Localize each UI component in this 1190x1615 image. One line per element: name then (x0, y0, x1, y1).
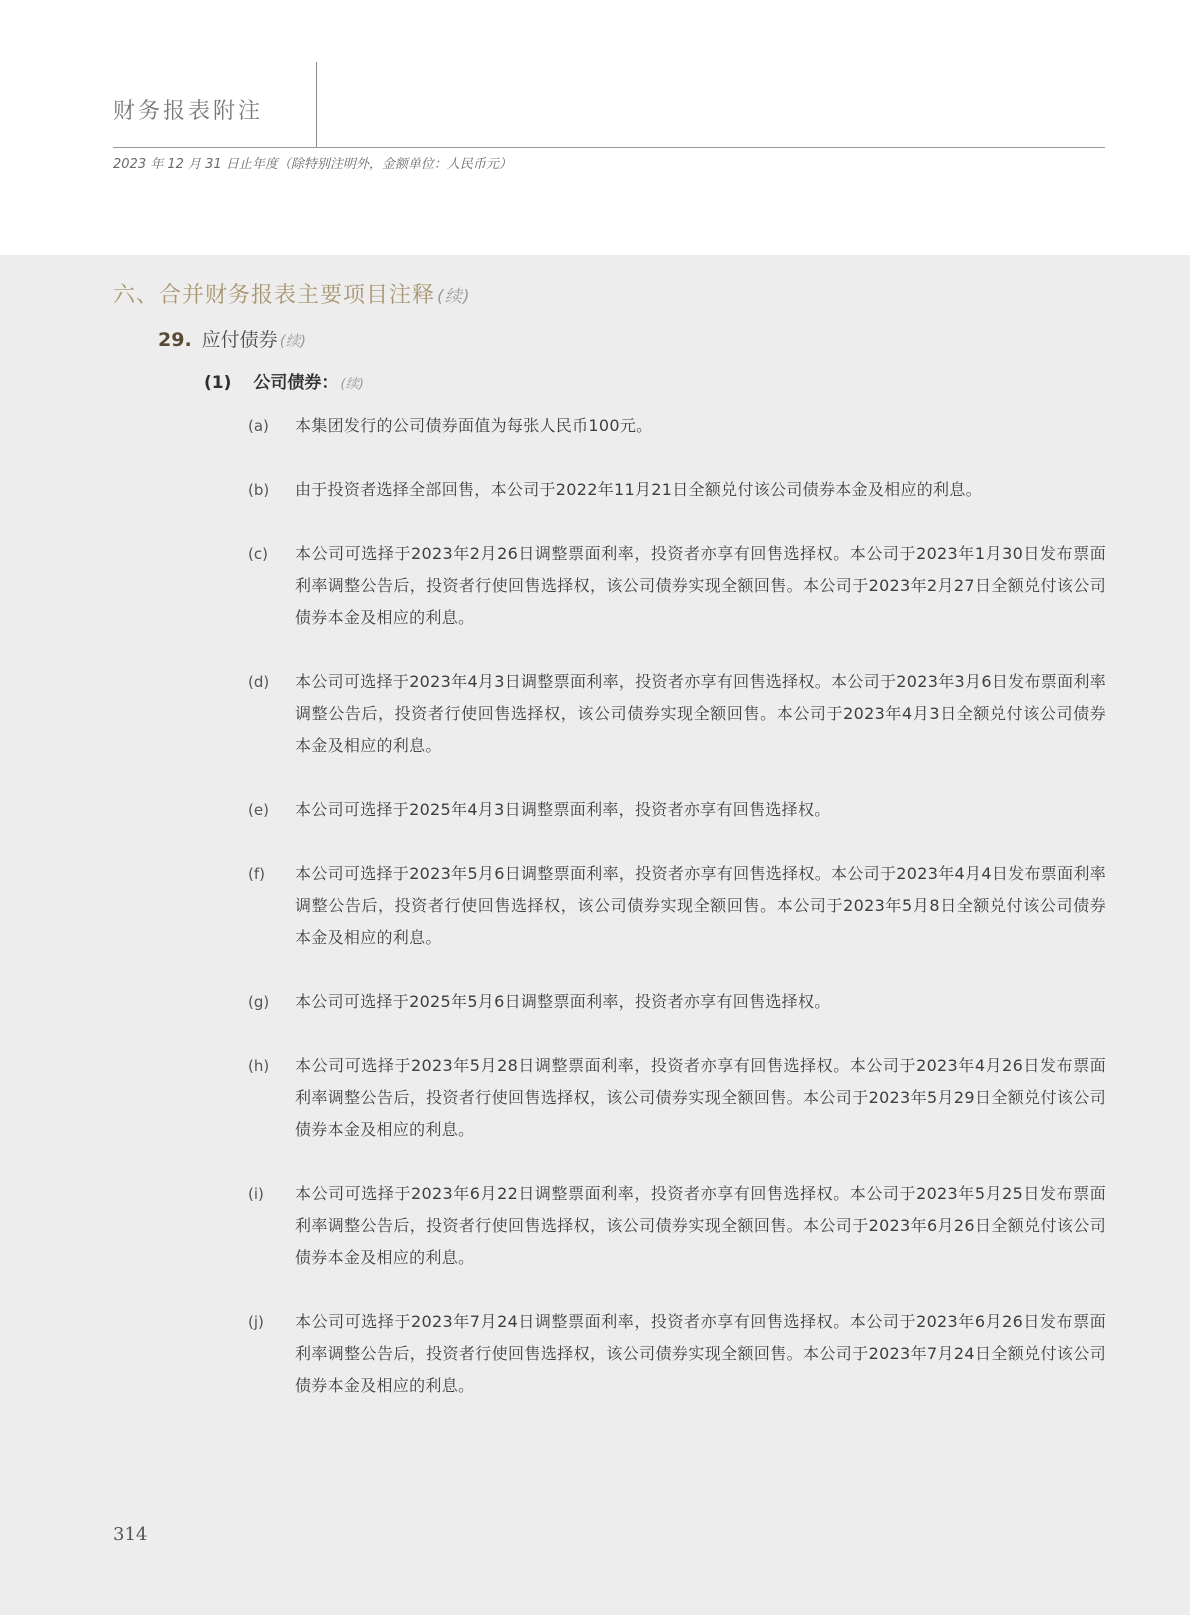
list-item: (a) 本集团发行的公司债券面值为每张人民币100元。 (248, 410, 1106, 442)
item-label: (d) (248, 666, 295, 762)
item-label: (a) (248, 410, 295, 442)
item-label: (f) (248, 858, 295, 954)
list-item: (c) 本公司可选择于2023年2月26日调整票面利率，投资者亦享有回售选择权。… (248, 538, 1106, 634)
note-number: 29. (158, 329, 192, 351)
list-item: (b) 由于投资者选择全部回售，本公司于2022年11月21日全额兑付该公司债券… (248, 474, 1106, 506)
note-items-list: (a) 本集团发行的公司债券面值为每张人民币100元。 (b) 由于投资者选择全… (248, 410, 1106, 1434)
item-label: (j) (248, 1306, 295, 1402)
page-header-band (0, 0, 1190, 255)
header-vertical-divider (316, 62, 317, 147)
list-item: (f) 本公司可选择于2023年5月6日调整票面利率，投资者亦享有回售选择权。本… (248, 858, 1106, 954)
page-number: 314 (113, 1524, 147, 1545)
item-label: (b) (248, 474, 295, 506)
item-text: 本公司可选择于2023年5月6日调整票面利率，投资者亦享有回售选择权。本公司于2… (295, 858, 1106, 954)
subsection-title: 公司债券： (253, 373, 338, 393)
item-text: 本公司可选择于2025年5月6日调整票面利率，投资者亦享有回售选择权。 (295, 986, 1106, 1018)
list-item: (i) 本公司可选择于2023年6月22日调整票面利率，投资者亦享有回售选择权。… (248, 1178, 1106, 1274)
section-heading-text: 六、合并财务报表主要项目注释 (113, 283, 435, 308)
list-item: (d) 本公司可选择于2023年4月3日调整票面利率，投资者亦享有回售选择权。本… (248, 666, 1106, 762)
continued-label: (续) (340, 377, 364, 392)
item-text: 本公司可选择于2023年4月3日调整票面利率，投资者亦享有回售选择权。本公司于2… (295, 666, 1106, 762)
document-title: 财务报表附注 (113, 94, 263, 125)
continued-label: (续) (280, 333, 306, 350)
item-text: 本公司可选择于2023年6月22日调整票面利率，投资者亦享有回售选择权。本公司于… (295, 1178, 1106, 1274)
subsection-heading: (1)公司债券：(续) (204, 368, 364, 393)
section-heading: 六、合并财务报表主要项目注释(续) (113, 278, 471, 309)
note-title: 应付债券 (202, 329, 278, 351)
item-text: 本公司可选择于2023年7月24日调整票面利率，投资者亦享有回售选择权。本公司于… (295, 1306, 1106, 1402)
list-item: (g) 本公司可选择于2025年5月6日调整票面利率，投资者亦享有回售选择权。 (248, 986, 1106, 1018)
item-label: (g) (248, 986, 295, 1018)
note-heading: 29.应付债券(续) (158, 325, 306, 352)
item-label: (c) (248, 538, 295, 634)
document-subtitle: 2023 年 12 月 31 日止年度（除特别注明外，金额单位：人民币元） (113, 153, 512, 172)
item-text: 本公司可选择于2023年2月26日调整票面利率，投资者亦享有回售选择权。本公司于… (295, 538, 1106, 634)
item-text: 由于投资者选择全部回售，本公司于2022年11月21日全额兑付该公司债券本金及相… (295, 474, 1106, 506)
item-label: (h) (248, 1050, 295, 1146)
list-item: (j) 本公司可选择于2023年7月24日调整票面利率，投资者亦享有回售选择权。… (248, 1306, 1106, 1402)
item-text: 本集团发行的公司债券面值为每张人民币100元。 (295, 410, 1106, 442)
header-horizontal-rule (113, 147, 1105, 148)
list-item: (e) 本公司可选择于2025年4月3日调整票面利率，投资者亦享有回售选择权。 (248, 794, 1106, 826)
item-label: (e) (248, 794, 295, 826)
list-item: (h) 本公司可选择于2023年5月28日调整票面利率，投资者亦享有回售选择权。… (248, 1050, 1106, 1146)
item-label: (i) (248, 1178, 295, 1274)
subsection-number: (1) (204, 373, 231, 393)
continued-label: (续) (437, 287, 471, 307)
item-text: 本公司可选择于2023年5月28日调整票面利率，投资者亦享有回售选择权。本公司于… (295, 1050, 1106, 1146)
item-text: 本公司可选择于2025年4月3日调整票面利率，投资者亦享有回售选择权。 (295, 794, 1106, 826)
